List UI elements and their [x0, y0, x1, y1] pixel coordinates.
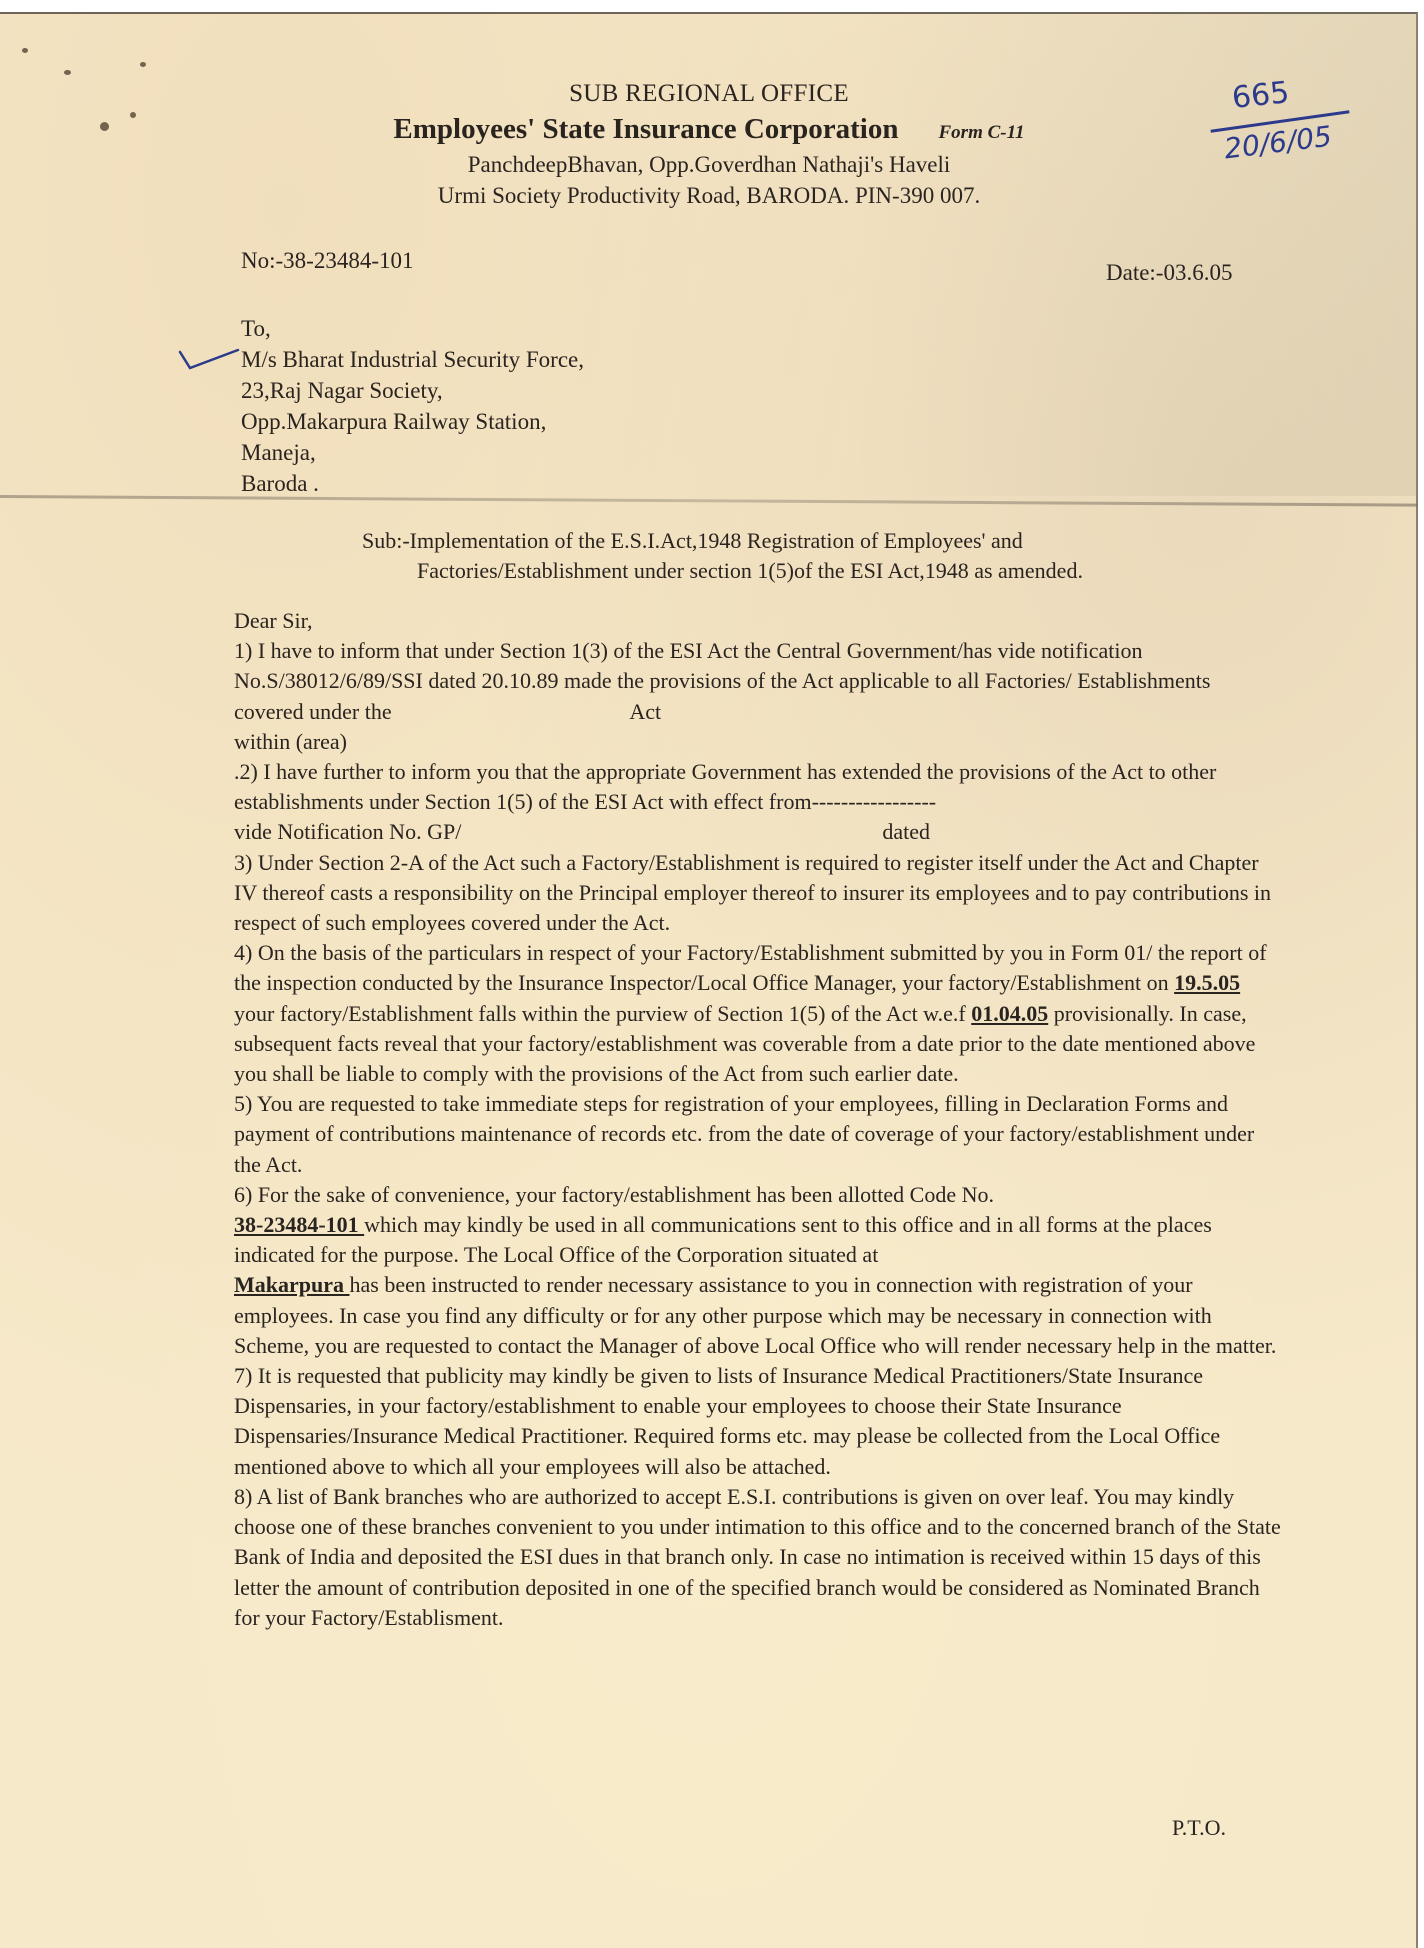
handwritten-inward-note: 665 20/6/05: [1210, 78, 1360, 188]
letter-date: Date:-03.6.05: [1106, 260, 1232, 286]
address-line-1: PanchdeepBhavan, Opp.Goverdhan Nathaji's…: [0, 152, 1418, 178]
paragraph-6-text: has been instructed to render necessary …: [234, 1272, 1276, 1357]
paragraph-1: 1) I have to inform that under Section 1…: [234, 636, 1282, 727]
paragraph-4-text: 4) On the basis of the particulars in re…: [234, 940, 1267, 995]
paragraph-6: 6) For the sake of convenience, your fac…: [234, 1180, 1282, 1361]
recipient-line: Baroda .: [241, 468, 584, 499]
subject-first-line: Sub:-Implementation of the E.S.I.Act,194…: [362, 528, 1023, 553]
organization-title: Employees' State Insurance Corporation: [393, 113, 898, 145]
paragraph-6-text: 6) For the sake of convenience, your fac…: [234, 1182, 994, 1207]
paragraph-5: 5) You are requested to take immediate s…: [234, 1089, 1282, 1180]
ink-spot: [64, 70, 71, 75]
paragraph-4: 4) On the basis of the particulars in re…: [234, 938, 1282, 1089]
paragraph-1-text: 1) I have to inform that under Section 1…: [234, 638, 1210, 723]
paragraph-6-text: which may kindly be used in all communic…: [234, 1212, 1212, 1267]
please-turn-over: P.T.O.: [1172, 1815, 1226, 1841]
notification-label: vide Notification No. GP/: [234, 819, 461, 844]
form-code: Form C-11: [939, 122, 1025, 143]
paragraph-2-notification: vide Notification No. GP/ dated: [234, 817, 1282, 847]
office-heading: SUB REGIONAL OFFICE: [0, 80, 1418, 108]
ink-spot: [22, 48, 28, 53]
inspection-date: 19.5.05: [1174, 970, 1240, 995]
paragraph-3: 3) Under Section 2-A of the Act such a F…: [234, 848, 1282, 939]
paragraph-1-act: Act: [629, 699, 661, 724]
recipient-address: To, M/s Bharat Industrial Security Force…: [241, 282, 584, 499]
paragraph-2: .2) I have further to inform you that th…: [234, 757, 1282, 817]
to-spacer: [241, 282, 584, 313]
dated-label: dated: [882, 819, 930, 844]
paragraph-1-end: within (area): [234, 727, 1282, 757]
subject-continuation: Factories/Establishment under section 1(…: [362, 556, 1262, 586]
allotted-code: 38-23484-101: [234, 1212, 364, 1237]
paragraph-7: 7) It is requested that publicity may ki…: [234, 1361, 1282, 1482]
handwritten-number: 665: [1230, 75, 1291, 116]
checkmark-icon: [178, 346, 240, 372]
address-line-2: Urmi Society Productivity Road, BARODA. …: [0, 183, 1418, 209]
local-office-name: Makarpura: [234, 1272, 350, 1297]
paragraph-4-text: your factory/Establishment falls within …: [234, 1001, 971, 1026]
recipient-line: Opp.Makarpura Railway Station,: [241, 406, 584, 437]
to-label: To,: [241, 313, 584, 344]
subject-line: Sub:-Implementation of the E.S.I.Act,194…: [362, 526, 1262, 586]
greeting: Dear Sir,: [234, 606, 1282, 636]
effective-date: 01.04.05: [971, 1001, 1048, 1026]
paragraph-8: 8) A list of Bank branches who are autho…: [234, 1482, 1282, 1633]
organization-name: Employees' State Insurance CorporationFo…: [0, 113, 1418, 146]
reference-number: No:-38-23484-101: [241, 248, 413, 274]
recipient-line: Maneja,: [241, 437, 584, 468]
recipient-line: 23,Raj Nagar Society,: [241, 375, 584, 406]
ink-spot: [140, 62, 146, 67]
letter-body: Dear Sir, 1) I have to inform that under…: [234, 606, 1282, 1633]
recipient-line: M/s Bharat Industrial Security Force,: [241, 344, 584, 375]
